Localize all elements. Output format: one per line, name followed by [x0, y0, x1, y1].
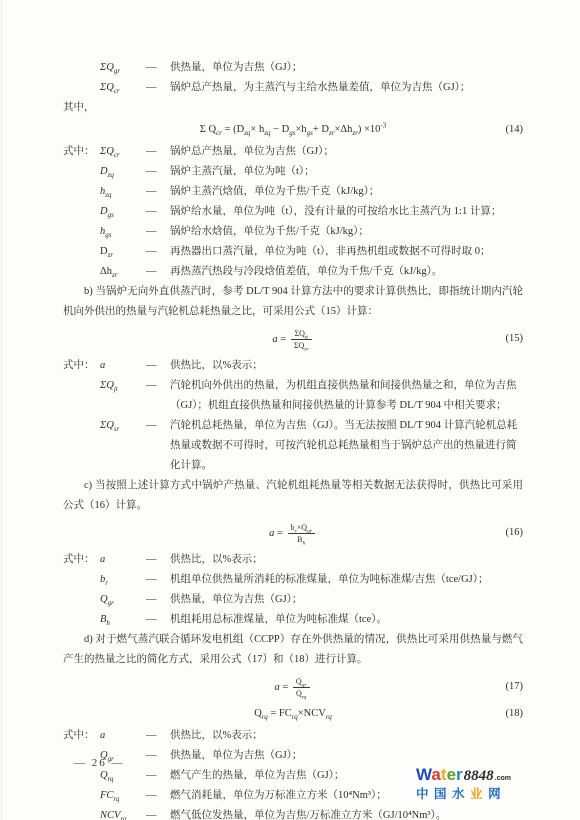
- where-label: 式中：: [63, 142, 100, 162]
- where-label: 式中：: [63, 726, 100, 746]
- equation-18: Qrq = FCrq×NCVrq (18): [63, 704, 523, 724]
- definition-text: 燃气低位发热量，单位为吉焦/万标准立方米（GJ/10⁴Nm³）。: [170, 806, 523, 820]
- equation-17: a = QgrQrq (17): [63, 672, 523, 702]
- definition-row: Dzr — 再热器出口蒸汽量，单位为吨（t），非再热机组或数据不可得时取 0；: [63, 242, 523, 262]
- fraction-numerator: br×Qgr: [288, 522, 315, 533]
- watermark-logo: Water 8848 .com 中国水业网: [416, 766, 556, 802]
- em-dash: —: [146, 550, 170, 570]
- definition-row: hgs — 锅炉给水焓值，单位为千焦/千克（kJ/kg）；: [63, 222, 523, 242]
- math-symbol: a: [100, 550, 146, 570]
- watermark-brand-number: 8848: [464, 768, 494, 785]
- definition-text: 汽轮机总耗热量，单位为吉焦（GJ）。当无法按照 DL/T 904 计算汽轮机总耗…: [170, 416, 523, 476]
- definition-text: 供热量，单位为吉焦（GJ）；: [170, 590, 523, 610]
- em-dash: —: [146, 262, 170, 282]
- em-dash: —: [146, 590, 170, 610]
- fraction-denominator: ΣQsr: [291, 339, 312, 351]
- equation-number: (16): [506, 523, 524, 543]
- watermark-brand: Water 8848 .com: [416, 766, 556, 785]
- where-label: 式中：: [63, 356, 100, 376]
- definition-text: 汽轮机向外供出的热量，为机组直接供热量和间接供热量之和，单位为吉焦（GJ）；机组…: [170, 376, 523, 416]
- em-dash: —: [146, 162, 170, 182]
- math-symbol: ΣQsr: [100, 416, 146, 436]
- em-dash: —: [146, 610, 170, 630]
- watermark-brand-suffix: .com: [495, 775, 511, 782]
- em-dash: —: [146, 356, 170, 376]
- definition-row: 式中： ΣQcr — 锅炉总产热量，单位为吉焦（GJ）；: [63, 142, 523, 162]
- equation-number: (14): [506, 120, 524, 140]
- definition-text: 机组耗用总标准煤量，单位为吨标准煤（tce）。: [170, 610, 523, 630]
- fraction: br×QgrBh: [288, 522, 315, 545]
- fraction-numerator: ΣQjt: [291, 328, 312, 339]
- definition-row: 式中： a — 供热比，以%表示；: [63, 550, 523, 570]
- definition-text: 锅炉总产热量，为主蒸汽与主给水热量差值，单位为吉焦（GJ）；: [170, 78, 523, 98]
- fraction-denominator: Qrq: [293, 687, 310, 699]
- math-symbol: Δhzr: [100, 262, 146, 282]
- definition-row: 式中： a — 供热比，以%表示；: [63, 356, 523, 376]
- equation-number: (17): [506, 677, 524, 697]
- math-symbol: Dgs: [100, 202, 146, 222]
- where-label: 式中：: [63, 550, 100, 570]
- equation-lhs: a =: [272, 333, 288, 344]
- definition-text: 锅炉给水焓值，单位为千焦/千克（kJ/kg）；: [170, 222, 523, 242]
- definition-row: Bh — 机组耗用总标准煤量，单位为吨标准煤（tce）。: [63, 610, 523, 630]
- equation-15: a = ΣQjtΣQsr (15): [63, 324, 523, 354]
- math-symbol: Dzq: [100, 162, 146, 182]
- definition-row: Dzq — 锅炉主蒸汽量，单位为吨（t）；: [63, 162, 523, 182]
- em-dash: —: [146, 142, 170, 162]
- definition-text: 锅炉给水量，单位为吨（t），没有计量的可按给水比主蒸汽为 1:1 计算；: [170, 202, 523, 222]
- definition-row: ΣQsr — 汽轮机总耗热量，单位为吉焦（GJ）。当无法按照 DL/T 904 …: [63, 416, 523, 476]
- em-dash: —: [146, 202, 170, 222]
- math-symbol: Qrq: [100, 766, 146, 786]
- watermark-tagline: 中国水业网: [416, 786, 556, 802]
- equation-14: Σ Qcr = (Dzq× hzq − Dgs×hgs+ Dzr×Δhzr) ×…: [63, 120, 523, 140]
- em-dash: —: [146, 416, 170, 436]
- math-symbol: hgs: [100, 222, 146, 242]
- definition-text: 锅炉总产热量，单位为吉焦（GJ）；: [170, 142, 523, 162]
- fraction-denominator: Bh: [288, 533, 315, 545]
- math-symbol: FCrq: [100, 786, 146, 806]
- equation-lhs: a =: [269, 527, 285, 538]
- math-symbol: Dzr: [100, 242, 146, 262]
- definition-text: 供热比，以%表示；: [170, 726, 523, 746]
- definition-row: Qgr — 供热量，单位为吉焦（GJ）；: [63, 590, 523, 610]
- equation-number: (18): [506, 704, 524, 724]
- em-dash: —: [146, 570, 170, 590]
- definition-text: 再热蒸汽热段与冷段焓值差值，单位为千焦/千克（kJ/kg）。: [170, 262, 523, 282]
- definition-row: hzq — 锅炉主蒸汽焓值，单位为千焦/千克（kJ/kg）；: [63, 182, 523, 202]
- em-dash: —: [146, 58, 170, 78]
- definition-row: 式中： a — 供热比，以%表示；: [63, 726, 523, 746]
- definition-row: ΣQgr — 供热量，单位为吉焦（GJ）；: [63, 58, 523, 78]
- watermark-brand-letters: Water: [416, 766, 463, 784]
- math-symbol: ΣQcr: [100, 78, 146, 98]
- em-dash: —: [146, 78, 170, 98]
- definition-text: 再热器出口蒸汽量，单位为吨（t），非再热机组或数据不可得时取 0；: [170, 242, 523, 262]
- definition-row: ΣQcr — 锅炉总产热量，为主蒸汽与主给水热量差值，单位为吉焦（GJ）；: [63, 78, 523, 98]
- equation-body: Σ Qcr = (Dzq× hzq − Dgs×hgs+ Dzr×Δhzr) ×…: [63, 120, 523, 140]
- em-dash: —: [146, 222, 170, 242]
- definition-row: Δhzr — 再热蒸汽热段与冷段焓值差值，单位为千焦/千克（kJ/kg）。: [63, 262, 523, 282]
- em-dash: —: [146, 726, 170, 746]
- math-symbol: br: [100, 570, 146, 590]
- fraction: ΣQjtΣQsr: [291, 328, 312, 351]
- paragraph-b: b) 当锅炉无向外直供蒸汽时，参考 DL/T 904 计算方法中的要求计算供热比…: [63, 282, 523, 322]
- paragraph-d: d) 对于燃气蒸汽联合循环发电机组（CCPP）存在外供热量的情况，供热比可采用供…: [63, 630, 523, 670]
- equation-body: a = br×QgrBh: [63, 522, 523, 545]
- definition-text: 供热量，单位为吉焦（GJ）；: [170, 58, 523, 78]
- em-dash: —: [146, 376, 170, 396]
- definition-text: 供热比，以%表示；: [170, 550, 523, 570]
- equation-lhs: a =: [274, 681, 290, 692]
- definition-text: 锅炉主蒸汽量，单位为吨（t）；: [170, 162, 523, 182]
- em-dash: —: [146, 806, 170, 820]
- math-symbol: NCVrq: [100, 806, 146, 820]
- definition-row: NCVrq — 燃气低位发热量，单位为吉焦/万标准立方米（GJ/10⁴Nm³）。: [63, 806, 523, 820]
- math-symbol: ΣQcr: [100, 142, 146, 162]
- definition-row: br — 机组单位供热量所消耗的标准煤量，单位为吨标准煤/吉焦（tce/GJ）；: [63, 570, 523, 590]
- fraction-numerator: Qgr: [293, 676, 310, 687]
- equation-body: Qrq = FCrq×NCVrq: [63, 704, 523, 724]
- page-edge-line: [1, 0, 2, 820]
- definition-row: Dgs — 锅炉给水量，单位为吨（t），没有计量的可按给水比主蒸汽为 1:1 计…: [63, 202, 523, 222]
- em-dash: —: [146, 746, 170, 766]
- equation-number: (15): [506, 329, 524, 349]
- math-symbol: a: [100, 356, 146, 376]
- definition-row: ΣQjt — 汽轮机向外供出的热量，为机组直接供热量和间接供热量之和，单位为吉焦…: [63, 376, 523, 416]
- equation-body: a = QgrQrq: [63, 676, 523, 699]
- definition-row: Qgr — 供热量，单位为吉焦（GJ）；: [63, 746, 523, 766]
- document-page-content: ΣQgr — 供热量，单位为吉焦（GJ）； ΣQcr — 锅炉总产热量，为主蒸汽…: [63, 58, 523, 820]
- definition-text: 锅炉主蒸汽焓值，单位为千焦/千克（kJ/kg）；: [170, 182, 523, 202]
- math-symbol: hzq: [100, 182, 146, 202]
- page-number: — 26 —: [74, 757, 125, 769]
- em-dash: —: [146, 786, 170, 806]
- paragraph-c: c) 当按照上述计算方式中锅炉产热量、汽轮机组耗热量等相关数据无法获得时，供热比…: [63, 476, 523, 516]
- math-symbol: a: [100, 726, 146, 746]
- math-symbol: Bh: [100, 610, 146, 630]
- em-dash: —: [146, 182, 170, 202]
- fraction: QgrQrq: [293, 676, 310, 699]
- em-dash: —: [146, 766, 170, 786]
- math-symbol: ΣQgr: [100, 58, 146, 78]
- definition-text: 机组单位供热量所消耗的标准煤量，单位为吨标准煤/吉焦（tce/GJ）；: [170, 570, 523, 590]
- qizhong-line: 其中，: [63, 98, 523, 118]
- math-symbol: ΣQjt: [100, 376, 146, 396]
- equation-16: a = br×QgrBh (16): [63, 518, 523, 548]
- em-dash: —: [146, 242, 170, 262]
- math-symbol: Qgr: [100, 590, 146, 610]
- definition-text: 供热量，单位为吉焦（GJ）；: [170, 746, 523, 766]
- equation-body: a = ΣQjtΣQsr: [63, 328, 523, 351]
- definition-text: 供热比，以%表示；: [170, 356, 523, 376]
